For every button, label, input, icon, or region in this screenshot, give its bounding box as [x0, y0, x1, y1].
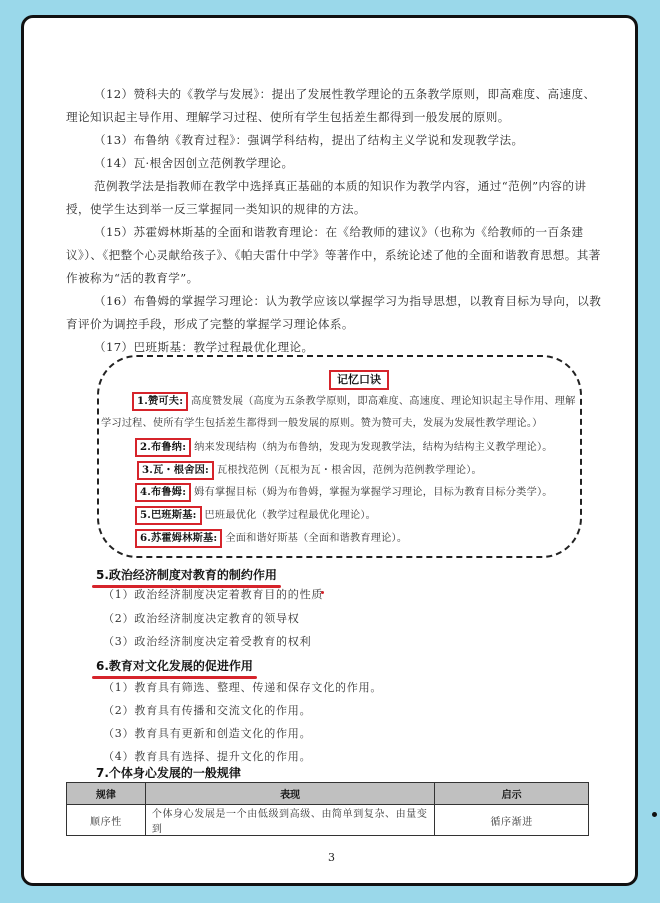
section-heading-6: 6.教育对文化发展的促进作用	[96, 657, 253, 675]
mnemonic-item-2: 2.布鲁纳:纳来发现结构（纳为布鲁纳，发现为发现教学法，结构为结构主义教学理论）…	[135, 438, 553, 457]
section-heading-7: 7.个体身心发展的一般规律	[96, 764, 241, 782]
mnemonic-box: 记忆口诀 1.赞可夫:高度赞发展（高度为五条教学原则，即高难度、高速度、理论知识…	[97, 355, 582, 558]
document-page: （12）赞科夫的《教学与发展》：提出了发展性教学理论的五条教学原则，即高难度、高…	[21, 15, 638, 886]
mnemonic-key: 5.巴班斯基:	[135, 506, 202, 525]
development-rules-table: 规律 表现 启示 顺序性 个体身心发展是一个由低级到高级、由简单到复杂、由量变到…	[66, 782, 589, 836]
section6-item-2: （2）教育具有传播和交流文化的作用。	[103, 702, 311, 720]
column-header-rule: 规律	[67, 783, 146, 805]
section5-item-3: （3）政治经济制度决定着受教育的权利	[103, 633, 311, 651]
stray-dot	[652, 812, 657, 817]
paragraph-16: （16）布鲁姆的掌握学习理论：认为教学应该以掌握学习为指导思想，以教育目标为导向…	[66, 290, 606, 336]
table-row: 顺序性 个体身心发展是一个由低级到高级、由简单到复杂、由量变到 循序渐进	[67, 805, 589, 836]
column-header-manifestation: 表现	[145, 783, 434, 805]
mnemonic-key: 4.布鲁姆:	[135, 483, 191, 502]
mnemonic-item-6: 6.苏霍姆林斯基:全面和谐好斯基（全面和谐教育理论）。	[135, 529, 407, 548]
page-number: 3	[328, 851, 335, 864]
table-cell: 顺序性	[67, 805, 146, 836]
section6-item-3: （3）教育具有更新和创造文化的作用。	[103, 725, 311, 743]
table-cell: 个体身心发展是一个由低级到高级、由简单到复杂、由量变到	[145, 805, 434, 836]
mnemonic-item-5: 5.巴班斯基:巴班最优化（教学过程最优化理论）。	[135, 506, 376, 525]
mnemonic-key: 1.赞可夫:	[132, 392, 188, 411]
section-heading-5: 5.政治经济制度对教育的制约作用	[96, 566, 277, 584]
paragraph-12: （12）赞科夫的《教学与发展》：提出了发展性教学理论的五条教学原则，即高难度、高…	[66, 83, 606, 129]
mnemonic-item-4: 4.布鲁姆:姆有掌握目标（姆为布鲁姆，掌握为掌握学习理论，目标为教育目标分类学）…	[135, 483, 553, 502]
mnemonic-title: 记忆口诀	[329, 370, 389, 390]
table-cell: 循序渐进	[435, 805, 589, 836]
mnemonic-item-3: 3.瓦・根舍因:瓦根找范例（瓦根为瓦・根舍因，范例为范例教学理论）。	[137, 461, 482, 480]
paragraph-14: （14）瓦·根舍因创立范例教学理论。	[66, 152, 606, 175]
paragraph-15: （15）苏霍姆林斯基的全面和谐教育理论：在《给教师的建议》（也称为《给教师的一百…	[66, 221, 606, 290]
mnemonic-key: 3.瓦・根舍因:	[137, 461, 214, 480]
mnemonic-item-1-cont: 学习过程、使所有学生包括差生都得到一般发展的原则。赞为赞可夫，发展为发展性教学理…	[101, 415, 543, 433]
paragraph-example-teaching: 范例教学法是指教师在教学中选择真正基础的本质的知识作为教学内容，通过“范例”内容…	[66, 175, 606, 221]
paragraph-13: （13）布鲁纳《教育过程》：强调学科结构，提出了结构主义学说和发现教学法。	[66, 129, 606, 152]
table-header-row: 规律 表现 启示	[67, 783, 589, 805]
mnemonic-item-1: 1.赞可夫:高度赞发展（高度为五条教学原则，即高难度、高速度、理论知识起主导作用…	[132, 392, 576, 411]
mnemonic-key: 2.布鲁纳:	[135, 438, 191, 457]
column-header-implication: 启示	[435, 783, 589, 805]
mnemonic-key: 6.苏霍姆林斯基:	[135, 529, 222, 548]
section6-item-1: （1）教育具有筛选、整理、传递和保存文化的作用。	[103, 679, 382, 697]
section5-item-1: （1）政治经济制度决定着教育目的的性质	[103, 586, 323, 604]
section5-item-2: （2）政治经济制度决定教育的领导权	[103, 610, 300, 628]
